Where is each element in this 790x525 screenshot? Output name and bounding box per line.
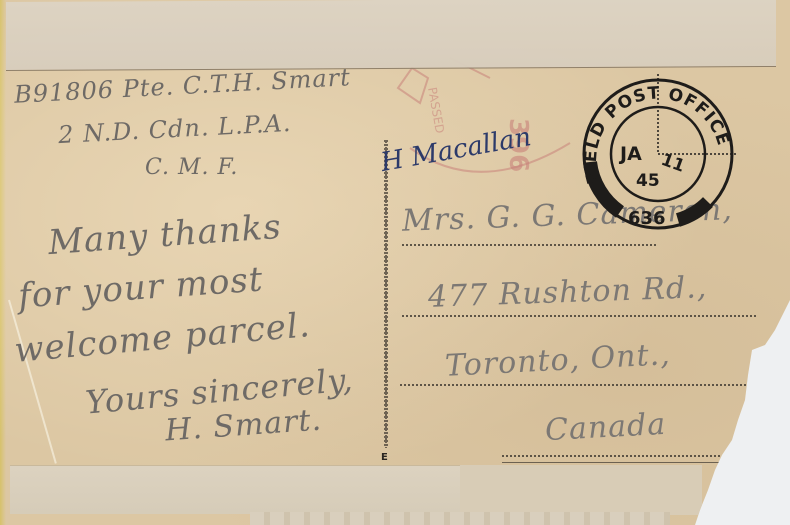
address-rule-4 — [502, 455, 727, 457]
message-line-2: for your most — [17, 259, 265, 316]
address-line-4: Canada — [544, 407, 667, 448]
address-rule-underline — [502, 462, 727, 463]
message-line-1: Many thanks — [47, 207, 283, 263]
svg-text:45: 45 — [636, 171, 660, 191]
address-rule-3 — [400, 384, 755, 386]
sender-line-3: C. M. F. — [145, 155, 238, 180]
address-rule-1 — [402, 244, 657, 246]
address-line-3: Toronto, Ont., — [444, 337, 671, 384]
sender-line-2: 2 N.D. Cdn. L.P.A. — [57, 109, 292, 149]
message-line-3: welcome parcel. — [13, 305, 312, 371]
svg-text:PASSED: PASSED — [425, 86, 447, 134]
tape-strip-bottom-right — [460, 465, 702, 515]
svg-text:JA: JA — [618, 143, 642, 165]
printer-mark: E — [381, 452, 388, 463]
svg-text:636: 636 — [628, 208, 666, 229]
tape-strip-bottom — [10, 465, 465, 514]
torn-bottom-edge — [250, 512, 670, 525]
wavy-divider — [384, 140, 388, 448]
fold-crease — [8, 300, 57, 464]
address-rule-2 — [402, 315, 757, 317]
field-post-office-postmark-icon: FIELD POST OFFICE JA 11 45 636 — [578, 72, 738, 232]
postcard: PASSED 396 B91806 Pte. C.T.H. Smart 2 N.… — [0, 0, 790, 525]
tape-strip-top — [6, 0, 776, 71]
address-line-2: 477 Rushton Rd., — [427, 270, 707, 315]
